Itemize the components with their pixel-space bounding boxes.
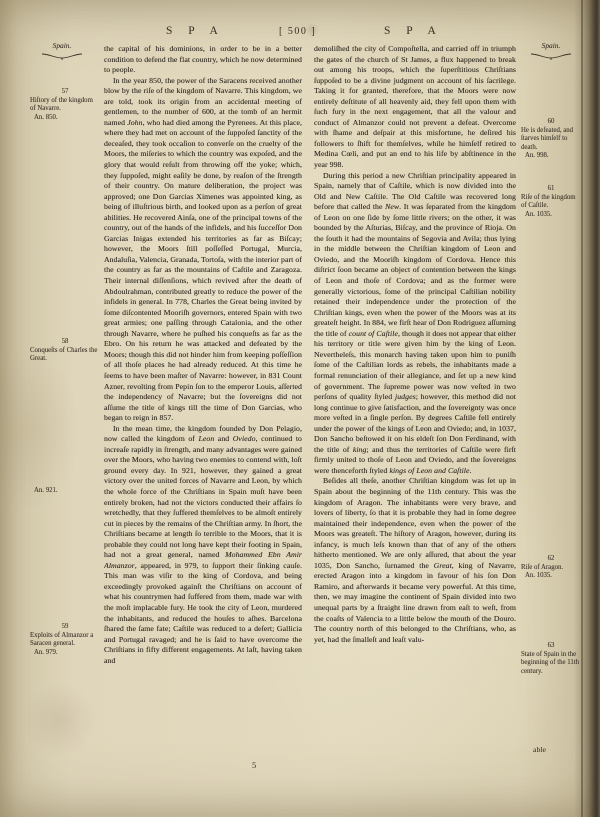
margin-note-63: 63 State of Spain in the beginning of th…: [521, 642, 581, 676]
note-label: Hiſtory of the kingdom of Navarre.: [30, 97, 100, 114]
note-label: Riſe of the kingdom of Caſtile.: [521, 194, 581, 211]
running-title-text: Spain.: [53, 41, 72, 50]
paragraph: Beſides all theſe, another Chriſtian kin…: [314, 476, 516, 645]
note-anno: An. 1035.: [521, 572, 581, 581]
note-anno: An. 998.: [521, 152, 581, 161]
section-number: 62: [521, 555, 581, 564]
paragraph: demoliſhed the city of Compoſtella, and …: [314, 44, 516, 171]
running-title-text: Spain.: [542, 41, 561, 50]
section-number: 57: [30, 88, 100, 97]
paragraph: In the mean time, the kingdom founded by…: [104, 424, 302, 667]
section-number: 59: [30, 623, 100, 632]
section-number: 63: [521, 642, 581, 651]
left-margin-notes: Spain. 57 Hiſtory of the kingdom of Nava…: [24, 42, 100, 782]
margin-note-59: 59 Exploits of Almanzor a Saracen genera…: [24, 623, 100, 657]
margin-running-title-left: Spain.: [24, 42, 100, 61]
flourish-icon: [41, 52, 83, 61]
catchword: able: [470, 745, 546, 754]
note-label: Riſe of Aragon.: [521, 564, 581, 573]
note-anno: An. 850.: [30, 114, 100, 123]
note-anno: An. 979.: [30, 649, 100, 658]
margin-note-anno-921: An. 921.: [24, 487, 100, 496]
margin-note-62: 62 Riſe of Aragon. An. 1035.: [521, 555, 581, 581]
note-anno: An. 1035.: [521, 211, 581, 220]
section-number: 60: [521, 118, 581, 127]
paragraph: the capital of his dominions, in order t…: [104, 44, 302, 76]
right-margin-notes: Spain. 60 He is defeated, and ſtarves hi…: [521, 42, 581, 782]
section-number: 58: [30, 338, 100, 347]
text-column-left: the capital of his dominions, in order t…: [104, 44, 302, 768]
margin-note-58: 58 Conqueſts of Charles the Great.: [24, 338, 100, 364]
margin-running-title-right: Spain.: [521, 42, 581, 61]
flourish-icon: [530, 52, 572, 61]
page-edge-line: [581, 0, 583, 817]
note-label: Exploits of Almanzor a Saracen general.: [30, 632, 100, 649]
text-column-right: demoliſhed the city of Compoſtella, and …: [314, 44, 516, 768]
running-head-right: S P A: [384, 25, 442, 37]
paragraph: In the year 850, the power of the Sarace…: [104, 76, 302, 424]
margin-note-61: 61 Riſe of the kingdom of Caſtile. An. 1…: [521, 185, 581, 219]
note-label: State of Spain in the beginning of the 1…: [521, 651, 581, 677]
running-head-left: S P A: [166, 25, 224, 37]
signature-mark: 5: [252, 760, 256, 770]
page-number: [ 500 ]: [279, 26, 316, 37]
note-label: Conqueſts of Charles the Great.: [30, 347, 100, 364]
note-label: He is defeated, and ſtarves himſelf to d…: [521, 127, 581, 153]
section-number: 61: [521, 185, 581, 194]
margin-note-60: 60 He is defeated, and ſtarves himſelf t…: [521, 118, 581, 161]
book-page: S P A [ 500 ] S P A Spain. 57 Hiſtory of…: [0, 0, 600, 817]
paragraph: During this period a new Chriſtian princ…: [314, 171, 516, 477]
note-anno: An. 921.: [30, 487, 100, 496]
margin-note-57: 57 Hiſtory of the kingdom of Navarre. An…: [24, 88, 100, 122]
